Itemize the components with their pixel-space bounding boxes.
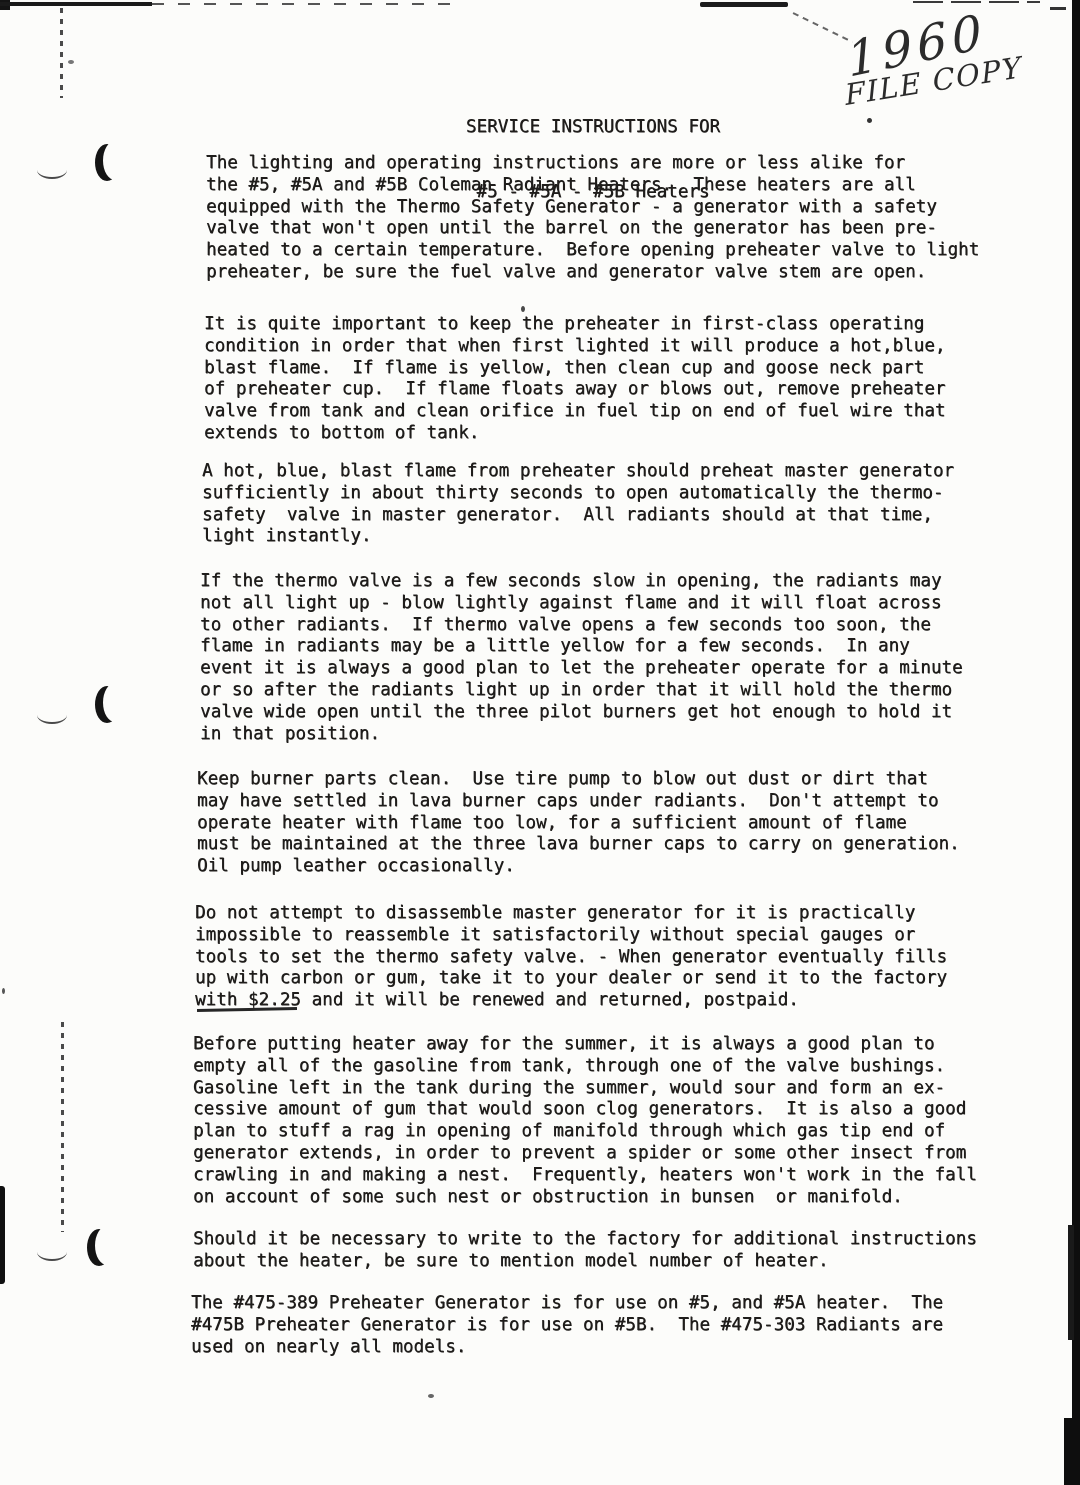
paragraph-1: The lighting and operating instructions … — [206, 153, 979, 284]
margin-crescent-mark-3 — [87, 1229, 111, 1266]
top-edge-dash — [1050, 7, 1066, 10]
paragraph-2: It is quite important to keep the prehea… — [204, 314, 945, 445]
top-edge-line — [0, 2, 152, 6]
margin-curve-mark-1 — [37, 161, 67, 179]
fold-crease-line-bottom — [61, 1022, 64, 1232]
margin-curve-mark-3 — [37, 1243, 67, 1261]
dust-speck — [68, 60, 74, 64]
dust-speck — [428, 1394, 434, 1398]
top-edge-line-segment — [700, 2, 788, 7]
document-title: SERVICE INSTRUCTIONS FOR — [443, 117, 743, 139]
paragraph-6: Do not attempt to disassemble master gen… — [195, 903, 947, 1012]
margin-curve-mark-2 — [37, 706, 67, 724]
paragraph-3: A hot, blue, blast flame from preheater … — [202, 461, 954, 548]
paragraph-8: Should it be necessary to write to the f… — [193, 1229, 977, 1273]
paragraph-7: Before putting heater away for the summe… — [193, 1034, 977, 1208]
fold-crease-line-top — [60, 8, 63, 98]
top-edge-line-thin — [913, 1, 1040, 3]
dust-speck — [867, 118, 872, 123]
margin-crescent-mark-2 — [95, 686, 119, 723]
dust-speck — [521, 306, 525, 312]
scanned-document-page: 1960 FILE COPY SERVICE INSTRUCTIONS FOR … — [0, 0, 1080, 1485]
paragraph-9: The #475-389 Preheater Generator is for … — [191, 1293, 943, 1358]
dust-speck — [2, 988, 5, 994]
paragraph-5: Keep burner parts clean. Use tire pump t… — [197, 769, 960, 878]
top-edge-line-dashes — [152, 3, 462, 5]
left-edge-scan-bar — [0, 1186, 5, 1284]
margin-crescent-mark-1 — [95, 144, 119, 181]
pen-flourish-stroke — [793, 12, 853, 43]
right-edge-scan-bar-bottom — [1064, 1418, 1080, 1485]
paragraph-4: If the thermo valve is a few seconds slo… — [200, 571, 963, 745]
right-edge-ink-streak — [1068, 1225, 1074, 1340]
